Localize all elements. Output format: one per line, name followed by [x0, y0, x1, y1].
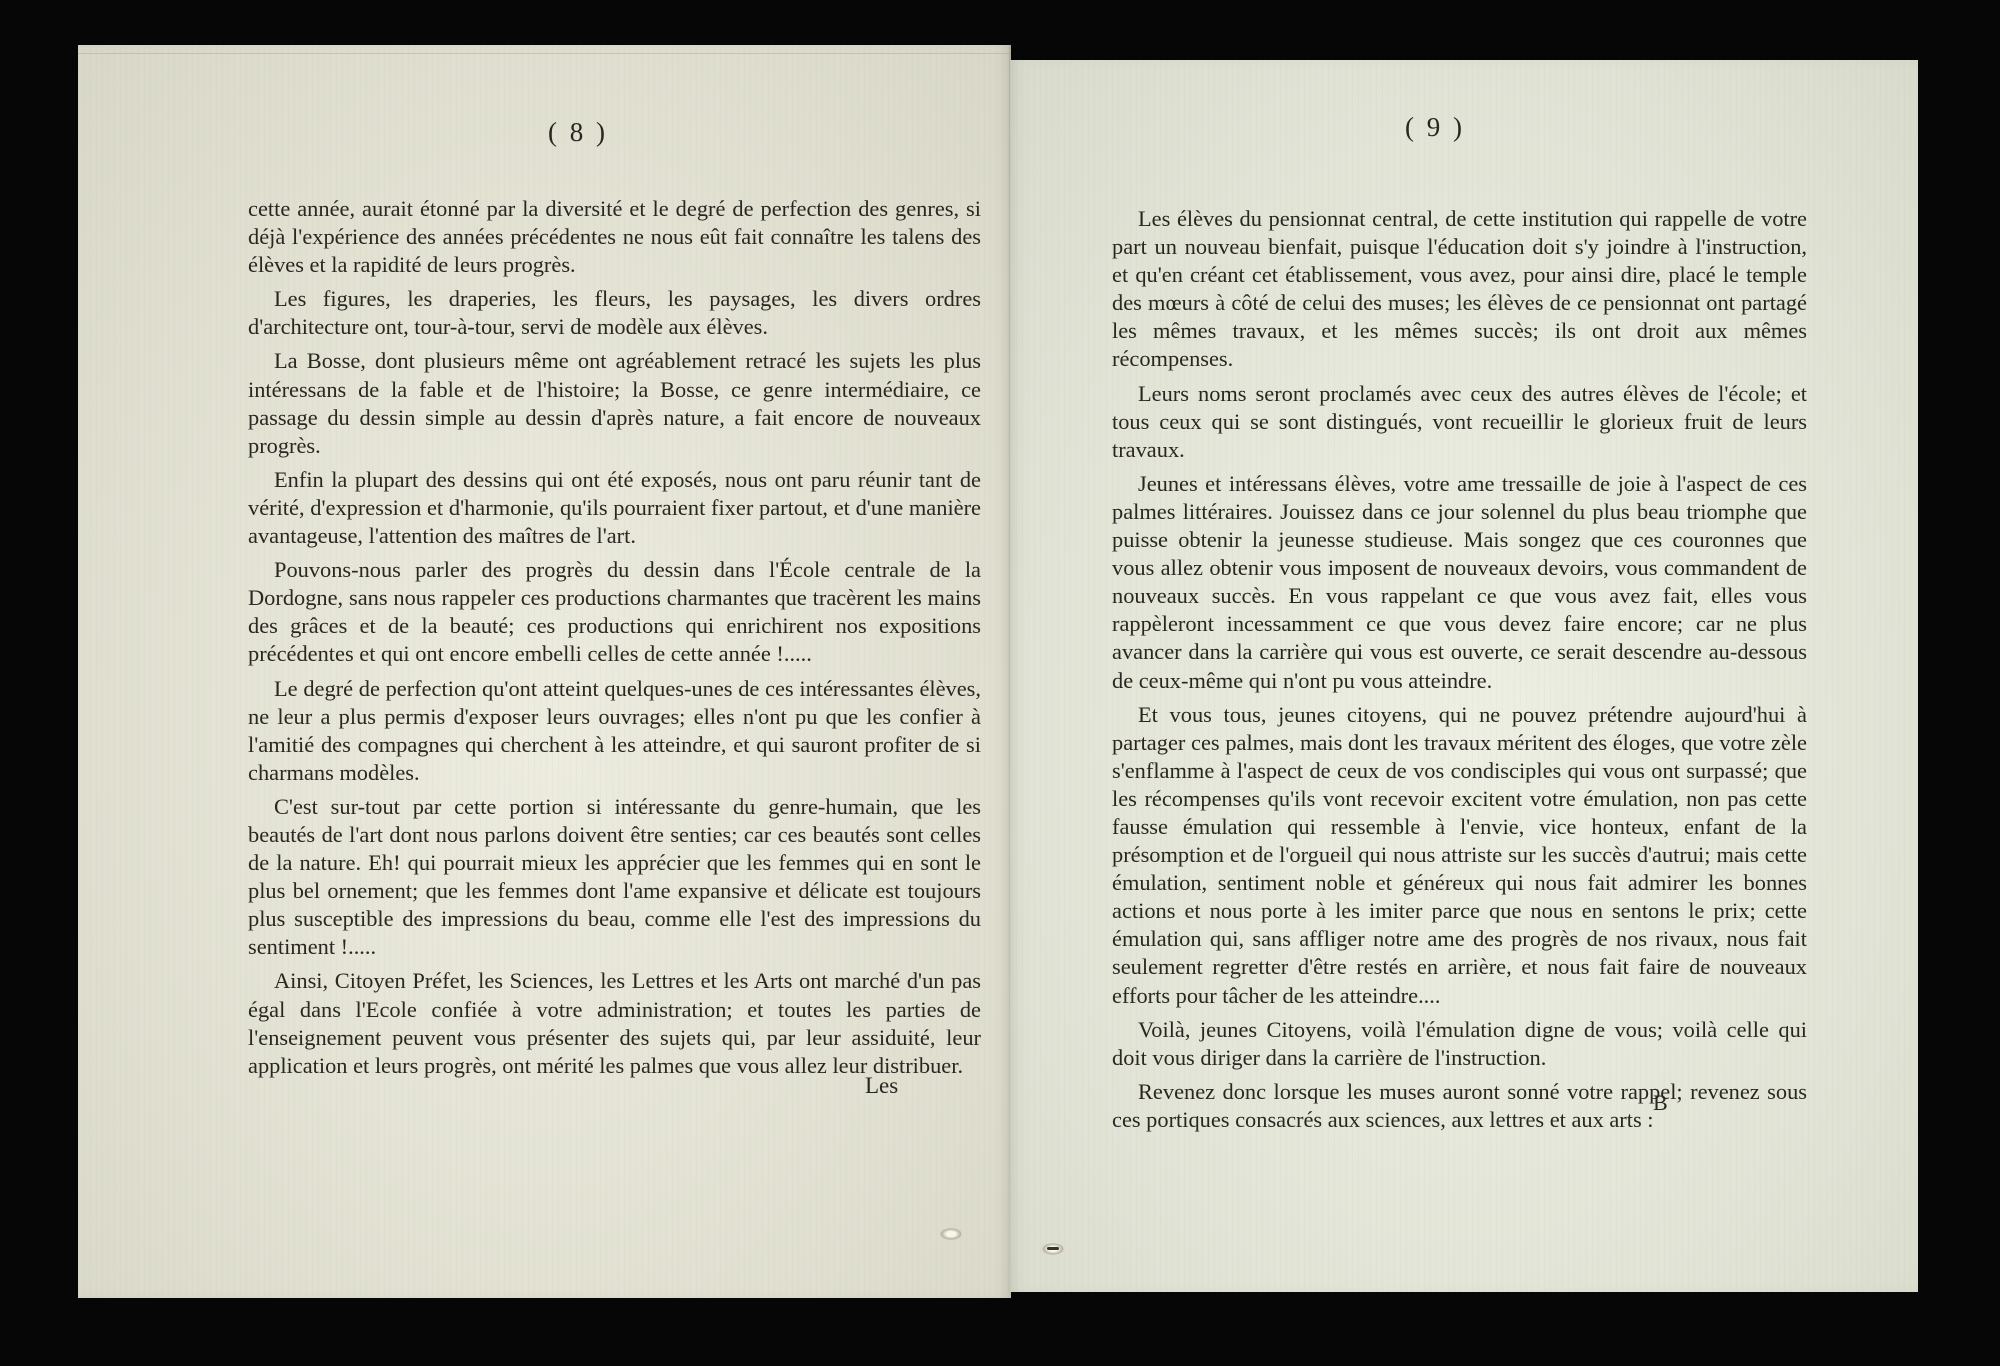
paragraph: La Bosse, dont plusieurs même ont agréab… [248, 347, 981, 459]
paragraph: Et vous tous, jeunes citoyens, qui ne po… [1112, 701, 1807, 1010]
paragraph: Les figures, les draperies, les fleurs, … [248, 285, 981, 341]
paragraph: Les élèves du pensionnat central, de cet… [1112, 205, 1807, 374]
signature-mark: B [1653, 1090, 1668, 1116]
stitch-hole-mark [1042, 1243, 1064, 1255]
paragraph: Revenez donc lorsque les muses auront so… [1112, 1078, 1807, 1134]
paragraph: Voilà, jeunes Citoyens, voilà l'émulatio… [1112, 1016, 1807, 1072]
paragraph: Jeunes et intéressans élèves, votre ame … [1112, 470, 1807, 695]
paragraph: Ainsi, Citoyen Préfet, les Sciences, les… [248, 967, 981, 1079]
paragraph: Le degré de perfection qu'ont atteint qu… [248, 675, 981, 787]
paragraph: Leurs noms seront proclamés avec ceux de… [1112, 380, 1807, 464]
right-page: ( 9 ) Les élèves du pensionnat central, … [1010, 60, 1918, 1292]
left-page-text: cette année, aurait étonné par la divers… [248, 195, 981, 1086]
paragraph: Pouvons-nous parler des progrès du dessi… [248, 556, 981, 668]
right-page-text: Les élèves du pensionnat central, de cet… [1112, 205, 1807, 1140]
paragraph: cette année, aurait étonné par la divers… [248, 195, 981, 279]
paragraph: Enfin la plupart des dessins qui ont été… [248, 466, 981, 550]
page-number-left: ( 8 ) [548, 117, 608, 148]
paragraph: C'est sur-tout par cette portion si inté… [248, 793, 981, 962]
stitch-hole-mark [940, 1228, 962, 1240]
scan-background: ( 8 ) cette année, aurait étonné par la … [0, 0, 2000, 1366]
left-page: ( 8 ) cette année, aurait étonné par la … [78, 45, 1011, 1298]
page-number-right: ( 9 ) [1405, 112, 1465, 143]
catchword: Les [865, 1073, 898, 1099]
